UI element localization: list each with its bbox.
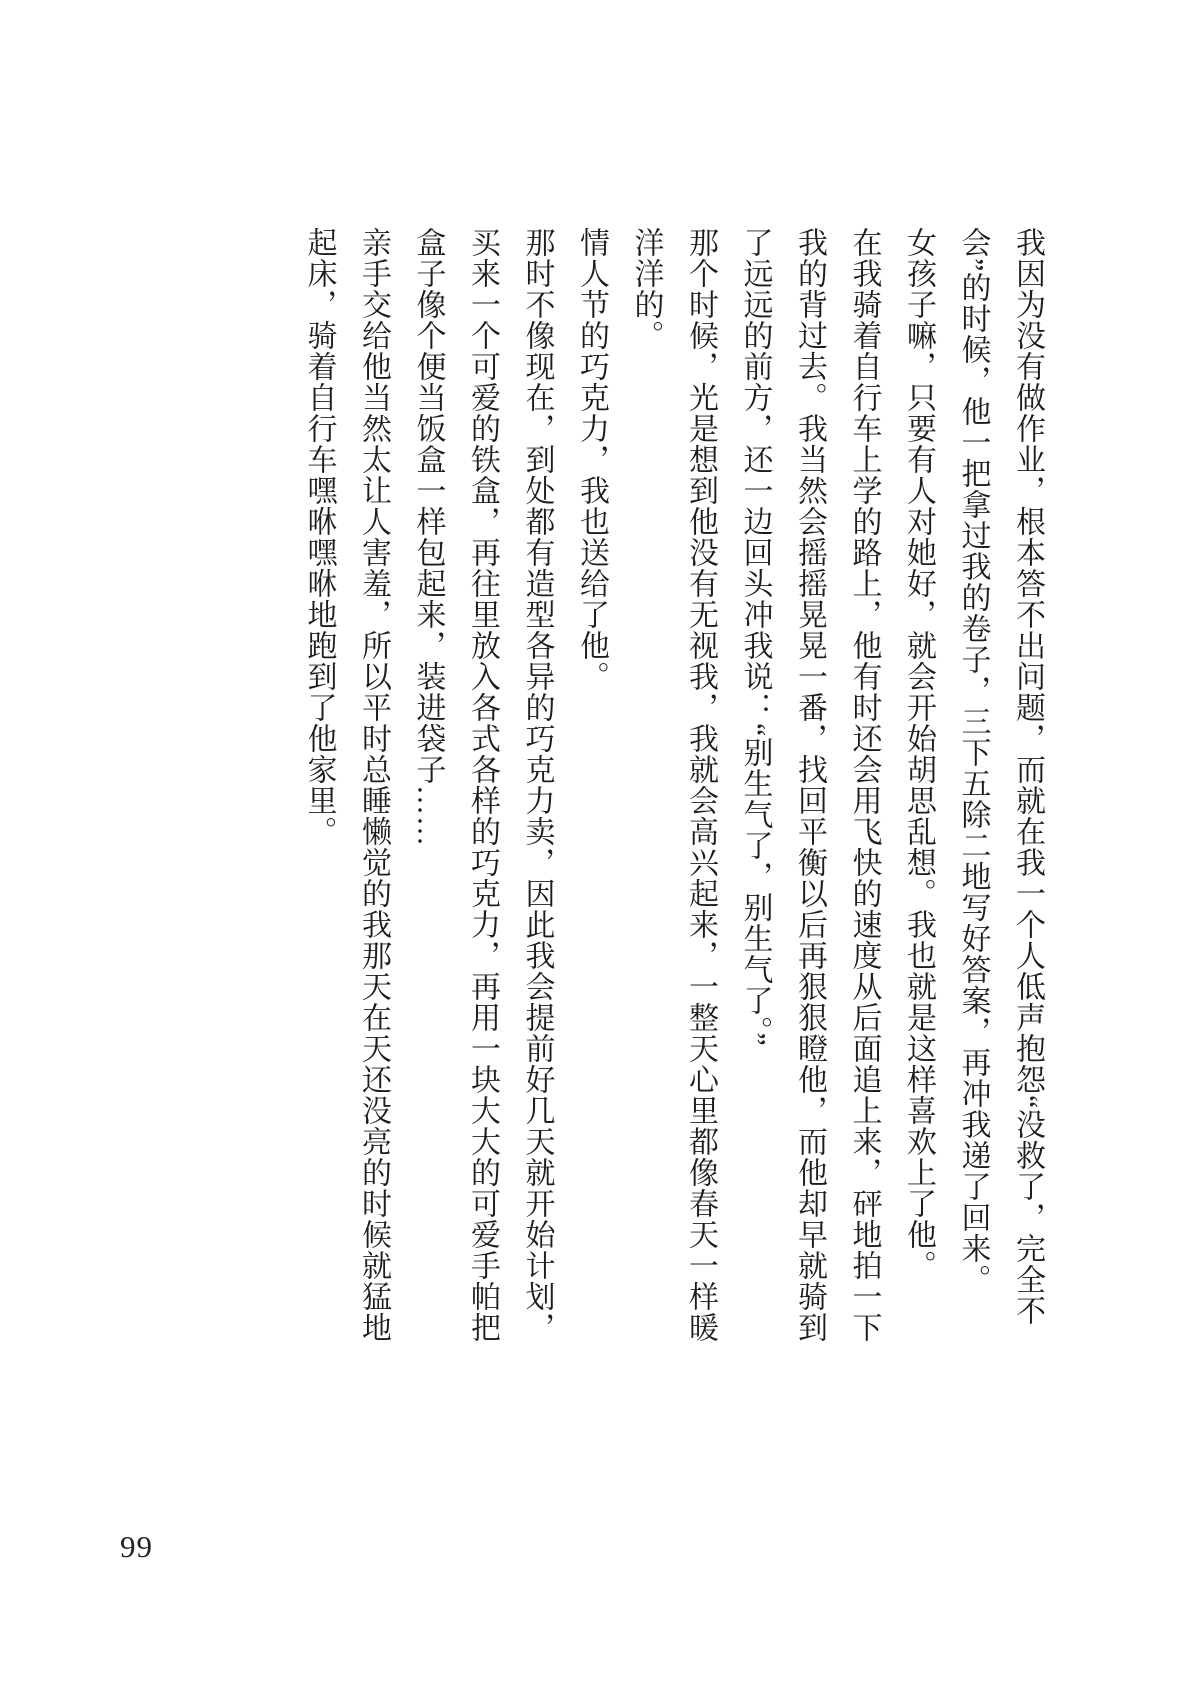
text-line: 起床，骑着自行车嘿咻嘿咻地跑到了他家里。: [291, 227, 346, 1339]
text-line: 我因为没有做作业，根本答不出问题，而就在我一个人低声抱怨“没救了，完全不: [1000, 227, 1055, 1339]
paragraph: 我因为没有做作业，根本答不出问题，而就在我一个人低声抱怨“没救了，完全不 会”的…: [945, 227, 1054, 1339]
text-line: 那时不像现在，到处都有造型各异的巧克力卖，因此我会提前好几天就开始计划，: [509, 227, 564, 1339]
text-line: 洋洋的。: [618, 227, 673, 1339]
page-number: 99: [120, 1529, 153, 1565]
paragraph: 那个时候，光是想到他没有无视我，我就会高兴起来，一整天心里都像春天一样暖 洋洋的…: [618, 227, 727, 1339]
paragraph: 女孩子嘛，只要有人对她好，就会开始胡思乱想。我也就是这样喜欢上了他。: [891, 227, 946, 1339]
vertical-text-block: 我因为没有做作业，根本答不出问题，而就在我一个人低声抱怨“没救了，完全不 会”的…: [291, 227, 1054, 1339]
book-page: 我因为没有做作业，根本答不出问题，而就在我一个人低声抱怨“没救了，完全不 会”的…: [0, 0, 1192, 1686]
text-line: 亲手交给他当然太让人害羞，所以平时总睡懒觉的我那天在天还没亮的时候就猛地: [346, 227, 401, 1339]
text-line: 我的背过去。我当然会摇摇晃晃一番，找回平衡以后再狠狠瞪他，而他却早就骑到: [782, 227, 837, 1339]
text-line: 会”的时候，他一把拿过我的卷子，三下五除二地写好答案，再冲我递了回来。: [945, 227, 1000, 1339]
paragraph: 在我骑着自行车上学的路上，他有时还会用飞快的速度从后面追上来，砰地拍一下 我的背…: [727, 227, 891, 1339]
text-line: 那个时候，光是想到他没有无视我，我就会高兴起来，一整天心里都像春天一样暖: [673, 227, 728, 1339]
text-line: 在我骑着自行车上学的路上，他有时还会用飞快的速度从后面追上来，砰地拍一下: [836, 227, 891, 1339]
text-line: 情人节的巧克力，我也送给了他。: [564, 227, 619, 1339]
paragraph: 亲手交给他当然太让人害羞，所以平时总睡懒觉的我那天在天还没亮的时候就猛地 起床，…: [291, 227, 400, 1339]
text-line: 女孩子嘛，只要有人对她好，就会开始胡思乱想。我也就是这样喜欢上了他。: [891, 227, 946, 1339]
text-line: 买来一个可爱的铁盒，再往里放入各式各样的巧克力，再用一块大大的可爱手帕把: [455, 227, 510, 1339]
paragraph: 那时不像现在，到处都有造型各异的巧克力卖，因此我会提前好几天就开始计划， 买来一…: [400, 227, 564, 1339]
text-line: 了远远的前方，还一边回头冲我说：“别生气了，别生气了。”: [727, 227, 782, 1339]
paragraph: 情人节的巧克力，我也送给了他。: [564, 227, 619, 1339]
text-line: 盒子像个便当饭盒一样包起来，装进袋子……: [400, 227, 455, 1339]
